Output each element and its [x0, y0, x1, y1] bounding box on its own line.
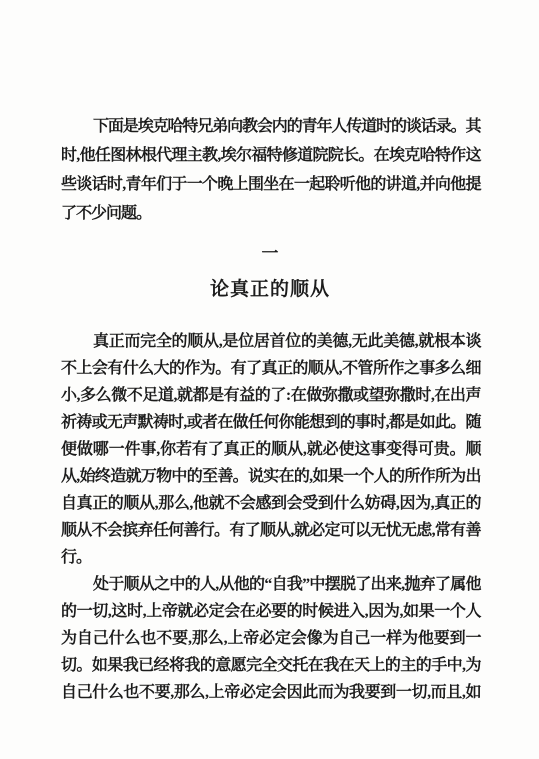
- text-line: 顺从不会摈弃任何善行。有了顺从,就必定可以无忧无虑,常有善: [61, 517, 479, 544]
- text-line: 小,多么微不足道,就都是有益的了:在做弥撒或望弥撒时,在出声: [61, 382, 479, 409]
- text-line: 不上会有什么大的作为。有了真正的顺从,不管所作之事多么细: [61, 355, 479, 382]
- text-line: 真正而完全的顺从,是位居首位的美德,无此美德,就根本谈: [61, 328, 479, 355]
- text-line: 自真正的顺从,那么,他就不会感到会受到什么妨碍,因为,真正的: [61, 490, 479, 517]
- text-line: 为自己什么也不要,那么,上帝必定会像为自己一样为他要到一: [61, 625, 479, 652]
- body-paragraph-1: 真正而完全的顺从,是位居首位的美德,无此美德,就根本谈不上会有什么大的作为。有了…: [61, 328, 479, 571]
- text-line: 时,他任图林根代理主教,埃尔福特修道院院长。在埃克哈特作这: [61, 141, 479, 170]
- text-line: 些谈话时,青年们于一个晚上围坐在一起聆听他的讲道,并向他提: [61, 170, 479, 199]
- text-line: 行。: [61, 544, 479, 571]
- text-line: 自己什么也不要,那么,上帝必定会因此而为我要到一切,而且,如: [61, 679, 479, 706]
- intro-paragraph: 下面是埃克哈特兄弟向教会内的青年人传道时的谈话录。其时,他任图林根代理主教,埃尔…: [61, 112, 479, 228]
- book-page: 下面是埃克哈特兄弟向教会内的青年人传道时的谈话录。其时,他任图林根代理主教,埃尔…: [0, 0, 539, 759]
- text-line: 的一切,这时,上帝就必定会在必要的时候进入,因为,如果一个人: [61, 598, 479, 625]
- text-line: 了不少问题。: [61, 199, 479, 228]
- text-line: 处于顺从之中的人,从他的“自我”中摆脱了出来,抛弃了属他: [61, 571, 479, 598]
- text-line: 祈祷或无声默祷时,或者在做任何你能想到的事时,都是如此。随: [61, 409, 479, 436]
- text-column: 下面是埃克哈特兄弟向教会内的青年人传道时的谈话录。其时,他任图林根代理主教,埃尔…: [61, 112, 479, 706]
- chapter-title: 论真正的顺从: [61, 276, 479, 304]
- text-line: 切。如果我已经将我的意愿完全交托在我在天上的主的手中,为: [61, 652, 479, 679]
- text-line: 从,始终造就万物中的至善。说实在的,如果一个人的所作所为出: [61, 463, 479, 490]
- chapter-number: 一: [61, 242, 479, 266]
- text-line: 便做哪一件事,你若有了真正的顺从,就必使这事变得可贵。顺: [61, 436, 479, 463]
- text-line: 下面是埃克哈特兄弟向教会内的青年人传道时的谈话录。其: [61, 112, 479, 141]
- body-paragraph-2: 处于顺从之中的人,从他的“自我”中摆脱了出来,抛弃了属他的一切,这时,上帝就必定…: [61, 571, 479, 706]
